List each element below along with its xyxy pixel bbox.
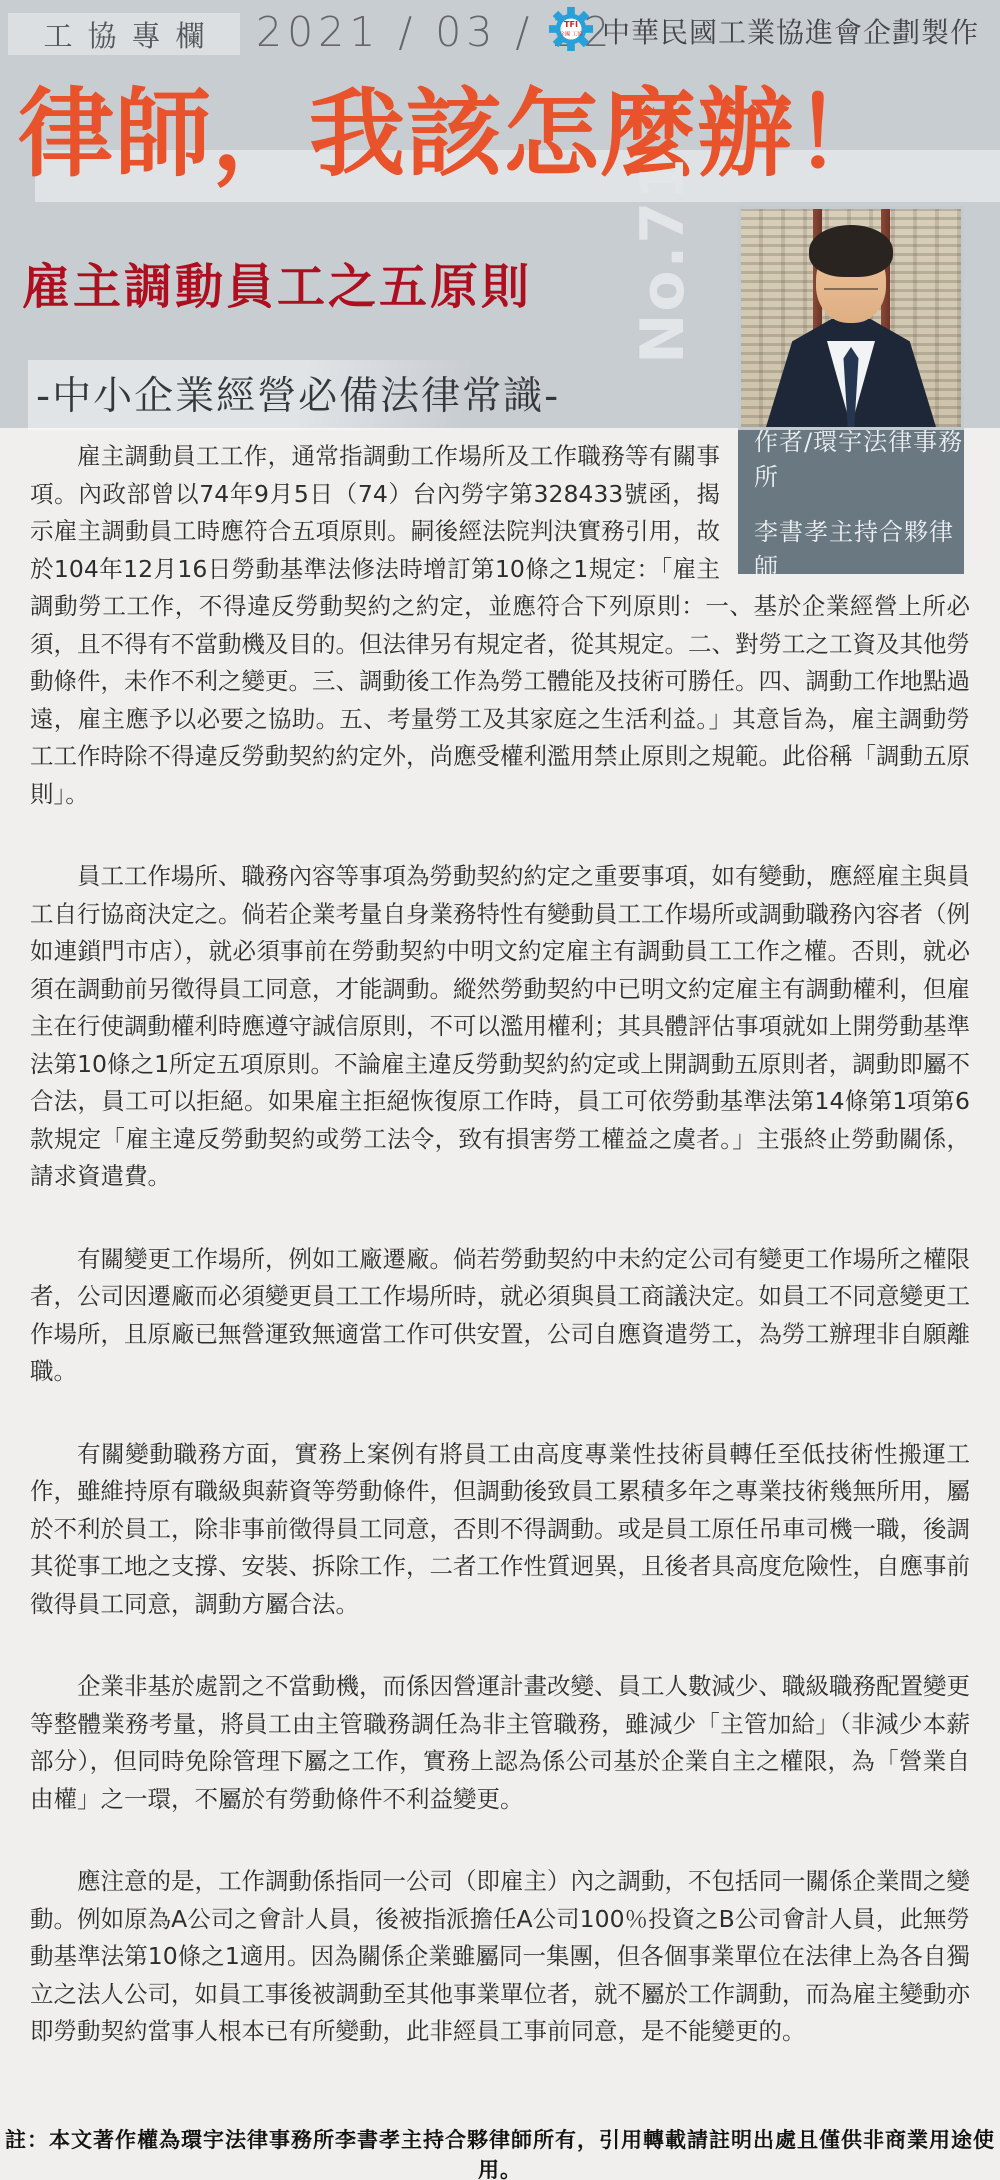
gear-logo-icon: TFI 全國 工協 xyxy=(548,6,594,56)
issue-number: No.71 xyxy=(628,145,692,375)
copyright-note: 註：本文著作權為環宇法律事務所李書孝主持合夥律師所有，引用轉載請註明出處且僅供非… xyxy=(0,2124,1000,2180)
tagline: -中小企業經營必備法律常識- xyxy=(28,360,574,430)
paragraph-3: 有關變更工作場所，例如工廠遷廠。倘若勞動契約中未約定公司有變更工作場所之權限者，… xyxy=(30,1241,970,1391)
page-title: 律師，我該怎麼辦！ xyxy=(18,58,998,195)
paragraph-6: 應注意的是，工作調動係指同一公司（即雇主）內之調動，不包括同一關係企業間之變動。… xyxy=(30,1863,970,2051)
paragraph-5: 企業非基於處罰之不當動機，而係因營運計畫改變、員工人數減少、職級職務配置變更等整… xyxy=(30,1668,970,1818)
article-page: 工協專欄 2021 / 03 / 22 xyxy=(0,0,1000,2180)
svg-text:全國 工協: 全國 工協 xyxy=(560,30,583,38)
paragraph-4: 有關變動職務方面，實務上案例有將員工由高度專業性技術員轉任至低技術性搬運工作，雖… xyxy=(30,1436,970,1624)
photo-glasses xyxy=(824,275,878,290)
column-label: 工協專欄 xyxy=(28,14,219,55)
author-photo xyxy=(738,206,964,430)
article-subtitle: 雇主調動員工之五原則 xyxy=(22,248,532,317)
column-label-box: 工協專欄 xyxy=(8,13,240,55)
org-row: TFI 全國 工協 中華民國工業協進會企劃製作 xyxy=(548,6,979,56)
photo-hair xyxy=(809,225,893,277)
photo-flow-spacer xyxy=(720,438,970,578)
paragraph-2: 員工工作場所、職務內容等事項為勞動契約約定之重要事項，如有變動，應經雇主與員工自… xyxy=(30,858,970,1196)
org-name: 中華民國工業協進會企劃製作 xyxy=(602,11,979,51)
svg-text:TFI: TFI xyxy=(564,19,578,29)
article-body: 雇主調動員工工作，通常指調動工作場所及工作職務等有關事項。內政部曾以74年9月5… xyxy=(30,438,970,2096)
